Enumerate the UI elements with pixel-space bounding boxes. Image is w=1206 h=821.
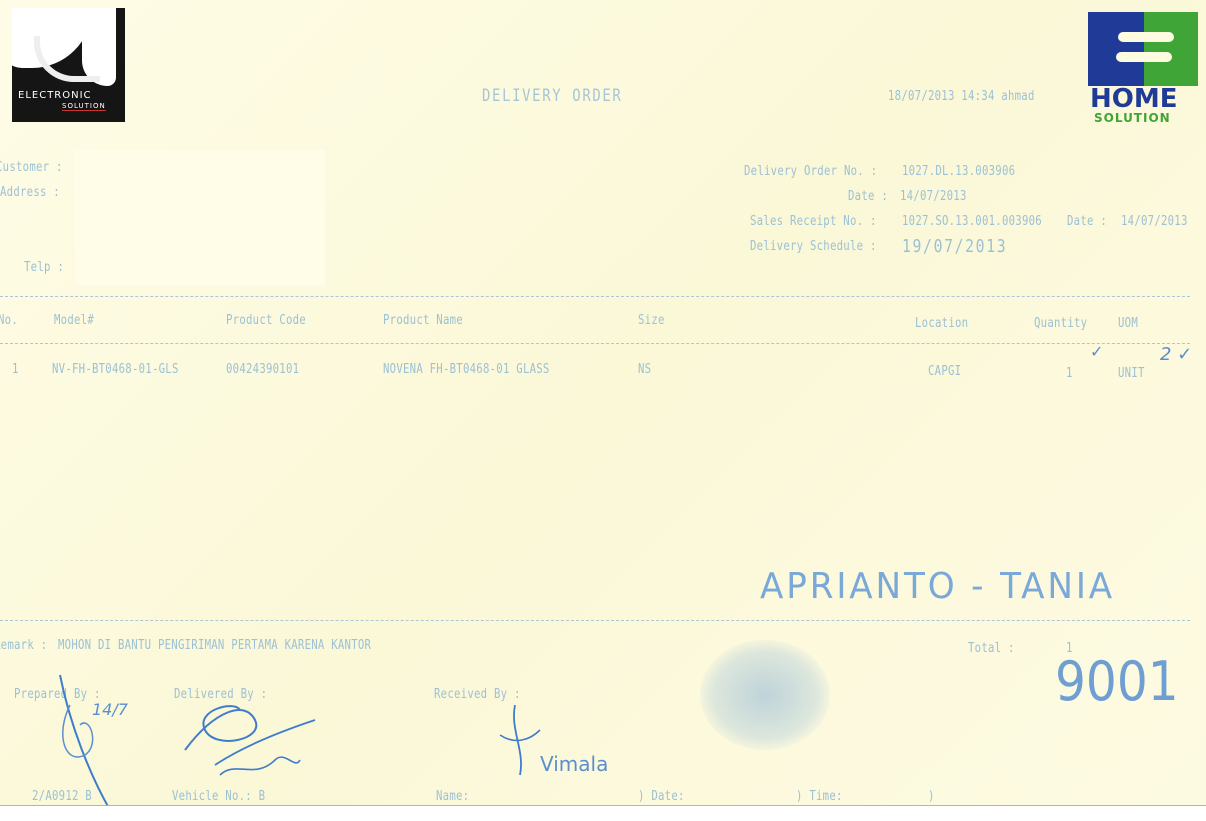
- delivery-order-no: 1027.DL.13.003906: [902, 164, 1015, 179]
- check-mark-with-number: 2 ✓: [1160, 344, 1192, 365]
- handwritten-note: APRIANTO - TANIA: [760, 566, 1115, 607]
- logo-right-line2: SOLUTION: [1094, 111, 1171, 125]
- cell-no: 1: [12, 362, 19, 377]
- col-quantity: Quantity: [1034, 316, 1087, 331]
- date-label-bottom: ) Date:: [638, 789, 685, 804]
- cell-product-code: 00424390101: [226, 362, 299, 377]
- name-label: Name:: [436, 789, 469, 804]
- cell-product-name: NOVENA FH-BT0468-01 GLASS: [383, 362, 550, 377]
- address-label: Address :: [0, 185, 60, 200]
- delivery-schedule-label: Delivery Schedule :: [750, 239, 877, 254]
- sales-receipt-date-label: Date :: [1067, 214, 1107, 229]
- delivery-order-document: ELECTRONIC SOLUTION HOME SOLUTION DELIVE…: [0, 0, 1206, 805]
- col-product-name: Product Name: [383, 313, 463, 328]
- sales-receipt-no-label: Sales Receipt No. :: [750, 214, 877, 229]
- document-title: DELIVERY ORDER: [482, 86, 622, 106]
- time-label: ) Time:: [796, 789, 843, 804]
- printed-timestamp: 18/07/2013 14:34 ahmad: [888, 89, 1035, 104]
- date-label: Date :: [848, 189, 888, 204]
- order-date: 14/07/2013: [900, 189, 967, 204]
- table-header-rule: [0, 343, 1190, 344]
- customer-label: Customer :: [0, 160, 63, 175]
- ref-code: 2/A0912 B: [32, 789, 92, 804]
- closing-paren: ): [928, 789, 935, 804]
- col-product-code: Product Code: [226, 313, 306, 328]
- remark-rule: [0, 620, 1190, 621]
- remark-text: MOHON DI BANTU PENGIRIMAN PERTAMA KARENA…: [58, 638, 371, 653]
- sales-receipt-no: 1027.SO.13.001.003906: [902, 214, 1042, 229]
- vehicle-no-label: Vehicle No.: B: [172, 789, 265, 804]
- delivery-schedule: 19/07/2013: [902, 236, 1007, 257]
- home-solution-logo: HOME SOLUTION: [1088, 12, 1200, 124]
- logo-left-line1: ELECTRONIC: [18, 90, 92, 101]
- col-location: Location: [915, 316, 968, 331]
- delivered-by-signature: [175, 690, 325, 780]
- cell-uom: UNIT: [1118, 366, 1145, 381]
- logo-left-line2: SOLUTION: [62, 102, 106, 111]
- remark-label: Remark :: [0, 638, 47, 653]
- delivery-order-no-label: Delivery Order No. :: [744, 164, 877, 179]
- electronic-solution-logo: ELECTRONIC SOLUTION: [12, 8, 125, 122]
- total-label: Total :: [968, 641, 1015, 656]
- handwritten-number: 9001: [1055, 650, 1179, 713]
- prepared-date-handwritten: 14/7: [92, 700, 128, 719]
- check-mark: ✓: [1090, 342, 1103, 361]
- cell-model: NV-FH-BT0468-01-GLS: [52, 362, 179, 377]
- telp-label: Telp :: [24, 260, 64, 275]
- col-model: Model#: [54, 313, 94, 328]
- paper-edge: [0, 805, 1206, 821]
- sales-receipt-date: 14/07/2013: [1121, 214, 1188, 229]
- cell-location: CAPGI: [928, 364, 961, 379]
- logo-right-line1: HOME: [1090, 84, 1178, 114]
- table-top-rule: [0, 296, 1190, 297]
- col-uom: UOM: [1118, 316, 1138, 331]
- ink-smudge: [700, 640, 830, 750]
- received-by-name-handwritten: Vimala: [540, 752, 608, 776]
- redacted-customer-area: [75, 150, 325, 285]
- col-no: No.: [0, 313, 18, 328]
- col-size: Size: [638, 313, 665, 328]
- cell-quantity: 1: [1066, 366, 1073, 381]
- cell-size: NS: [638, 362, 651, 377]
